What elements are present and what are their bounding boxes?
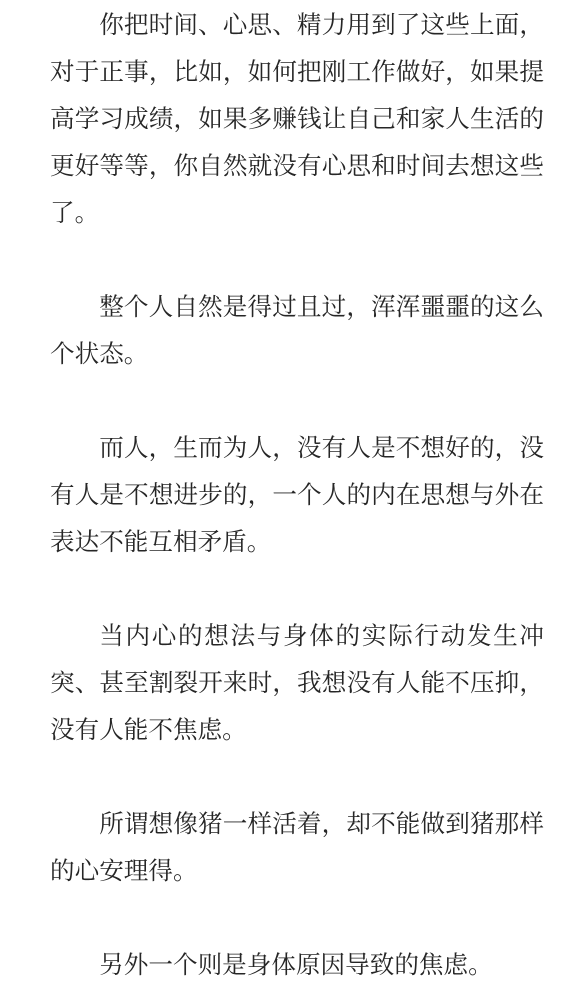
article-paragraph: 另外一个则是身体原因导致的焦虑。: [50, 942, 544, 986]
page: { "page": { "background_color": "#ffffff…: [0, 0, 580, 986]
article-paragraph: 你把时间、心思、精力用到了这些上面，对于正事，比如，如何把刚工作做好，如果提高学…: [50, 2, 544, 237]
article-paragraph: 当内心的想法与身体的实际行动发生冲突、甚至割裂开来时，我想没有人能不压抑，没有人…: [50, 613, 544, 754]
article-paragraph: 而人，生而为人，没有人是不想好的，没有人是不想进步的，一个人的内在思想与外在表达…: [50, 425, 544, 566]
article-body: 你把时间、心思、精力用到了这些上面，对于正事，比如，如何把刚工作做好，如果提高学…: [0, 0, 580, 986]
article-paragraph: 整个人自然是得过且过，浑浑噩噩的这么个状态。: [50, 284, 544, 378]
article-paragraph: 所谓想像猪一样活着，却不能做到猪那样的心安理得。: [50, 801, 544, 895]
